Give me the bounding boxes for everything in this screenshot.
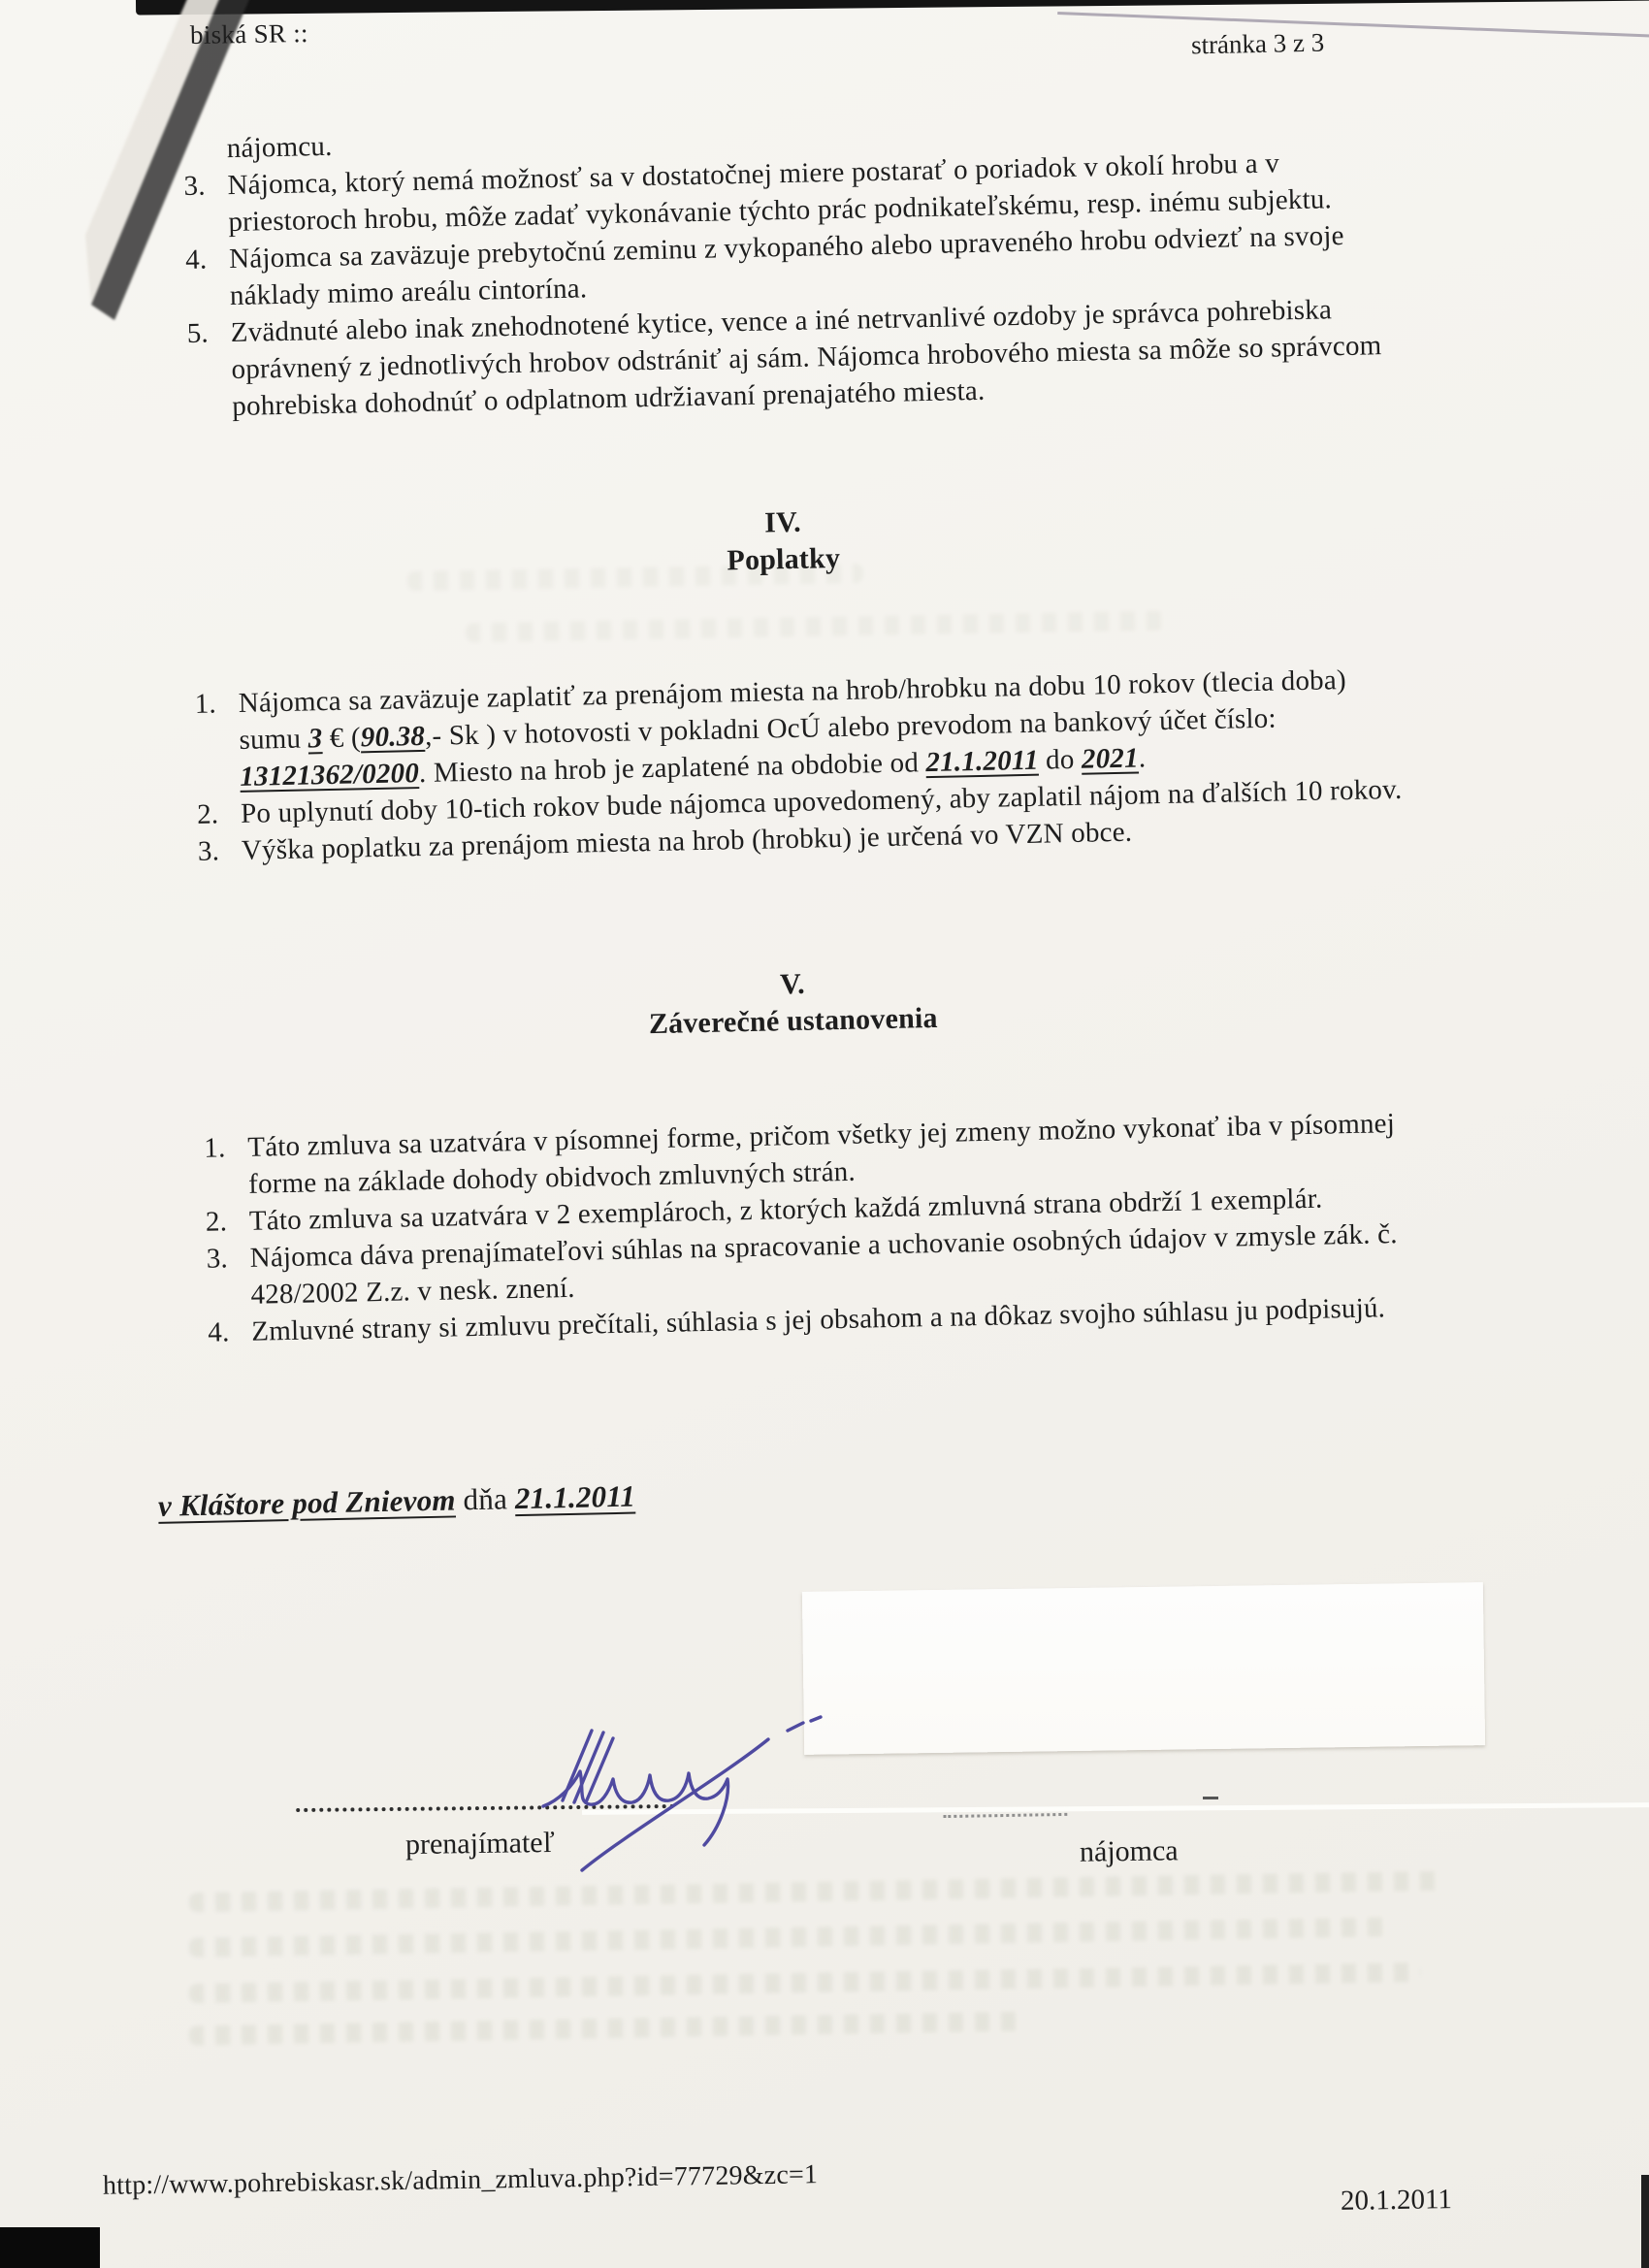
closing-date: 21.1.2011 xyxy=(515,1479,636,1516)
fee-amount-eur: 3 xyxy=(307,723,322,754)
closing-place: v Kláštore pod Znievom xyxy=(158,1482,456,1522)
bleed-through-artifact xyxy=(189,1962,1421,2003)
lease-date-to: 2021 xyxy=(1082,743,1139,775)
signature-handwritten xyxy=(504,1703,824,1897)
item-number: 3. xyxy=(183,167,229,242)
fees-list: 1. Nájomca sa zaväzuje zaplatiť za prená… xyxy=(141,661,1406,871)
signature-ink xyxy=(586,1738,613,1802)
section-iv-heading: IV. Poplatky xyxy=(138,492,1400,592)
bleed-through-artifact xyxy=(189,2011,1023,2045)
item-number: 2. xyxy=(197,795,242,833)
section-v-heading: V. Záverečné ustanovenia xyxy=(147,954,1409,1053)
bleed-through-artifact xyxy=(189,1917,1392,1958)
closing-place-date-line: v Kláštore pod Znievom dňa 21.1.2011 xyxy=(158,1462,1420,1525)
bank-account-number: 13121362/0200 xyxy=(240,758,419,793)
header-site-label: biská SR :: xyxy=(190,18,308,50)
item-number: 4. xyxy=(185,241,231,315)
item-number: 1. xyxy=(194,685,240,796)
signature-dash-mark xyxy=(1203,1797,1218,1799)
footer-date: 20.1.2011 xyxy=(1341,2184,1452,2218)
item-number: 1. xyxy=(204,1129,249,1204)
fee-amount-sk: 90.38 xyxy=(360,721,425,753)
signature-ink xyxy=(788,1723,803,1731)
numbered-list-continued: 3. Nájomca, ktorý nemá možnosť sa v dost… xyxy=(130,143,1396,427)
footer-url: http://www.pohrebiskasr.sk/admin_zmluva.… xyxy=(103,2159,819,2202)
page-indicator: stránka 3 z 3 xyxy=(1191,28,1325,61)
final-provisions-list: 1. Táto zmluva sa uzatvára v písomnej fo… xyxy=(150,1105,1415,1352)
item-number: 4. xyxy=(208,1313,252,1351)
item-number: 2. xyxy=(206,1203,250,1241)
scan-bottom-left-edge xyxy=(0,2227,100,2268)
scan-top-edge-artifact xyxy=(136,0,1649,16)
document-body: nájomcu. 3. Nájomca, ktorý nemá možnosť … xyxy=(129,98,1419,1525)
item-number: 3. xyxy=(198,832,242,870)
item-text: Zvädnuté alebo inak znehodnotené kytice,… xyxy=(230,290,1396,425)
white-patch-overlay xyxy=(802,1582,1485,1755)
scan-top-line-artifact xyxy=(1057,12,1649,38)
scan-bottom-right-edge xyxy=(1641,2175,1649,2268)
signature-ink xyxy=(582,1739,768,1870)
item-number: 3. xyxy=(206,1240,251,1314)
item-number: 5. xyxy=(186,314,232,426)
lease-date-from: 21.1.2011 xyxy=(925,745,1039,778)
signer-label-lessor: prenajímateľ xyxy=(405,1827,555,1862)
signature-dotted-line-right xyxy=(943,1780,1068,1818)
signer-label-tenant: nájomca xyxy=(1080,1834,1179,1868)
signature-ink xyxy=(811,1717,821,1721)
